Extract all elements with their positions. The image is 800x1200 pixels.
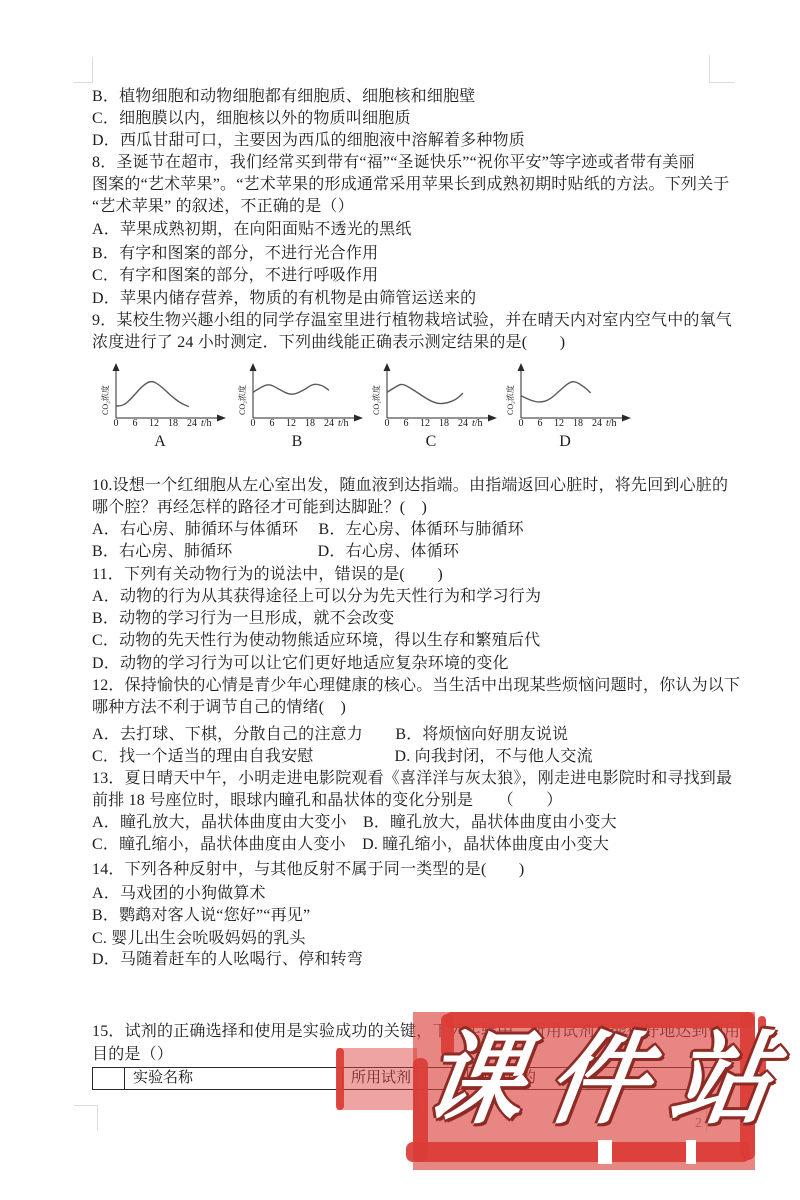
crop-mark-top-left-v: [92, 57, 93, 82]
stamp-fill-left-patch: [337, 1048, 417, 1110]
graph-svg: CO₂浓度06121824t/h: [237, 362, 369, 430]
stamp-text: 课件站: [417, 1030, 800, 1130]
graph-option-label: D: [505, 433, 625, 451]
x-tick: 24: [592, 418, 602, 429]
x-tick: 24: [458, 418, 468, 429]
text-line: C．瞳孔缩小，晶状体曲度由人变小 D. 瞳孔缩小，晶状体曲度由小变大: [92, 836, 609, 854]
text-line: 14．下列各种反射中，与其他反射不属于同一类型的是( ): [92, 861, 524, 879]
text-line: C．细胞膜以内，细胞核以外的物质叫细胞质: [92, 110, 411, 128]
x-tick: 6: [538, 418, 543, 429]
y-axis-arrow: [250, 363, 257, 371]
x-tick: 0: [114, 418, 119, 429]
x-axis-arrow: [622, 415, 631, 422]
text-line: 哪种方法不利于调节自己的情绪( ): [92, 699, 346, 717]
y-axis-arrow: [384, 363, 391, 371]
y-axis-arrow: [518, 363, 525, 371]
x-tick: 0: [385, 418, 390, 429]
text-line: A．动物的行为从其获得途径上可以分为先天性行为和学习行为: [92, 588, 541, 606]
x-axis-arrow: [217, 415, 226, 422]
x-tick: 6: [133, 418, 138, 429]
stamp-border-bottom: [406, 1142, 750, 1162]
text-line: A．马戏团的小狗做算术: [92, 885, 266, 903]
x-axis-unit: t/h: [338, 418, 349, 429]
x-tick: 12: [554, 418, 564, 429]
y-axis-label: CO₂浓度: [371, 385, 381, 415]
text-line: A．去打球、下棋，分散自己的注意力 B．将烦恼向好朋友说说: [92, 726, 568, 744]
text-line: 8．圣诞节在超市，我们经常买到带有“福”“圣诞快乐”“祝你平安”等字迹或者带有美…: [92, 154, 695, 172]
co2-curve: [116, 382, 189, 407]
crop-mark-top-left-h: [73, 82, 93, 83]
graph-option-label: A: [100, 433, 220, 451]
co2-graph-C: CO₂浓度06121824t/h: [371, 362, 503, 435]
graph-option-label: B: [237, 433, 357, 451]
text-line: C．动物的先天性行为使动物熊适应环境，得以生存和繁殖后代: [92, 632, 540, 650]
graph-option-label: C: [371, 433, 491, 451]
x-axis-unit: t/h: [472, 418, 483, 429]
stamp-left-stripe: [336, 1048, 344, 1110]
exam-page: B．植物细胞和动物细胞都有细胞质、细胞核和细胞壁C．细胞膜以内，细胞核以外的物质…: [0, 0, 800, 1200]
text-line: D．马随着赶车的人吆喝行、停和转弯: [92, 951, 363, 969]
text-line: 哪个腔？再经怎样的路径才可能到达脚趾？( ): [92, 499, 427, 517]
crop-mark-top-right-h: [709, 82, 735, 83]
stamp-border-bottom-gap1: [598, 1140, 612, 1164]
y-axis-label: CO₂浓度: [100, 385, 110, 415]
text-line: C．有字和图案的部分，不进行呼吸作用: [92, 267, 378, 285]
y-axis-label: CO₂浓度: [505, 385, 515, 415]
x-axis-arrow: [488, 415, 497, 422]
text-line: 12．保持愉快的心情是青少年心理健康的核心。当生活中出现某些烦恼问题时，你认为以…: [92, 677, 740, 695]
x-tick: 12: [286, 418, 296, 429]
x-tick: 12: [420, 418, 430, 429]
text-line: 前排 18 号座位时，眼球内瞳孔和晶状体的变化分别是 （ ）: [92, 792, 562, 810]
text-line: B．植物细胞和动物细胞都有细胞质、细胞核和细胞壁: [92, 88, 475, 106]
co2-curve: [387, 384, 463, 403]
crop-mark-top-right-v: [709, 55, 710, 82]
x-tick: 18: [573, 418, 583, 429]
y-axis-label: CO₂浓度: [237, 385, 247, 415]
text-line: C．找一个适当的理由自我安慰 D. 向我封闭，不与他人交流: [92, 748, 593, 766]
text-line: 浓度进行了 24 小时测定．下列曲线能正确表示测定结果的是( ): [92, 334, 565, 352]
x-axis-unit: t/h: [606, 418, 617, 429]
x-tick: 18: [305, 418, 315, 429]
text-line: 图案的“艺术苹果”。“艺术苹果的形成通常采用苹果长到成熟初期时贴纸的方法。下列关…: [92, 176, 730, 194]
table-header-cell: 实验名称: [125, 1068, 343, 1089]
text-line: A．瞳孔放大，晶状体曲度由大变小 B．瞳孔放大，晶状体曲度由小变大: [92, 814, 617, 832]
crop-mark-bottom-left-h: [74, 1105, 98, 1106]
text-line: B．有字和图案的部分，不进行光合作用: [92, 245, 378, 263]
text-line: 11．下列有关动物行为的说法中，错误的是( ): [92, 566, 443, 584]
text-line: 10.设想一个红细胞从左心室出发，随血液到达指端。由指端返回心脏时，将先回到心脏…: [92, 477, 728, 495]
text-line: B．鹦鹉对客人说“您好”“再见”: [92, 907, 310, 925]
co2-graph-D: CO₂浓度06121824t/h: [505, 362, 637, 435]
text-line: A．右心房、肺循环与体循环 B．左心房、体循环与肺循环: [92, 521, 524, 539]
stamp-border-bottom-gap2: [686, 1140, 696, 1164]
text-line: C. 婴儿出生会吮吸妈妈的乳头: [92, 930, 306, 948]
x-tick: 18: [439, 418, 449, 429]
co2-graph-B: CO₂浓度06121824t/h: [237, 362, 369, 435]
text-line: 目的是（）: [92, 1046, 173, 1064]
graph-svg: CO₂浓度06121824t/h: [505, 362, 637, 430]
text-line: D．西瓜甘甜可口，主要因为西瓜的细胞液中溶解着多种物质: [92, 132, 525, 150]
x-tick: 0: [519, 418, 524, 429]
co2-curve: [521, 382, 591, 402]
co2-graph-A: CO₂浓度06121824t/h: [100, 362, 232, 435]
y-axis-arrow: [113, 363, 120, 371]
crop-mark-bottom-left-v: [97, 1105, 98, 1131]
text-line: D．苹果内储存营养，物质的有机物是由筛管运送来的: [92, 290, 476, 308]
x-tick: 0: [251, 418, 256, 429]
x-axis-arrow: [354, 415, 363, 422]
x-tick: 18: [168, 418, 178, 429]
text-line: B．右心房、肺循环 D．右心房、体循环: [92, 543, 459, 561]
text-line: “艺术苹果” 的叙述，不正确的是（）: [92, 198, 354, 216]
table-header-cell: [93, 1068, 125, 1089]
graph-svg: CO₂浓度06121824t/h: [371, 362, 503, 430]
co2-curve: [253, 384, 329, 394]
text-line: 9．某校生物兴趣小组的同学存温室里进行植物栽培试验，并在晴天内对室内空气中的氧气: [92, 312, 732, 330]
x-tick: 6: [270, 418, 275, 429]
x-tick: 24: [187, 418, 197, 429]
text-line: A．苹果成熟初期，在向阳面贴不透光的黑纸: [92, 221, 412, 239]
text-line: D．动物的学习行为可以让它们更好地适应复杂环境的变化: [92, 655, 509, 673]
x-tick: 6: [404, 418, 409, 429]
x-tick: 24: [324, 418, 334, 429]
x-axis-unit: t/h: [201, 418, 212, 429]
x-tick: 12: [149, 418, 159, 429]
graph-svg: CO₂浓度06121824t/h: [100, 362, 232, 430]
text-line: B．动物的学习行为一旦形成，就不会改变: [92, 610, 394, 628]
text-line: 13．夏日晴天中午，小明走进电影院观看《喜洋洋与灰太狼》，刚走进电影院时和寻找到…: [92, 770, 732, 788]
